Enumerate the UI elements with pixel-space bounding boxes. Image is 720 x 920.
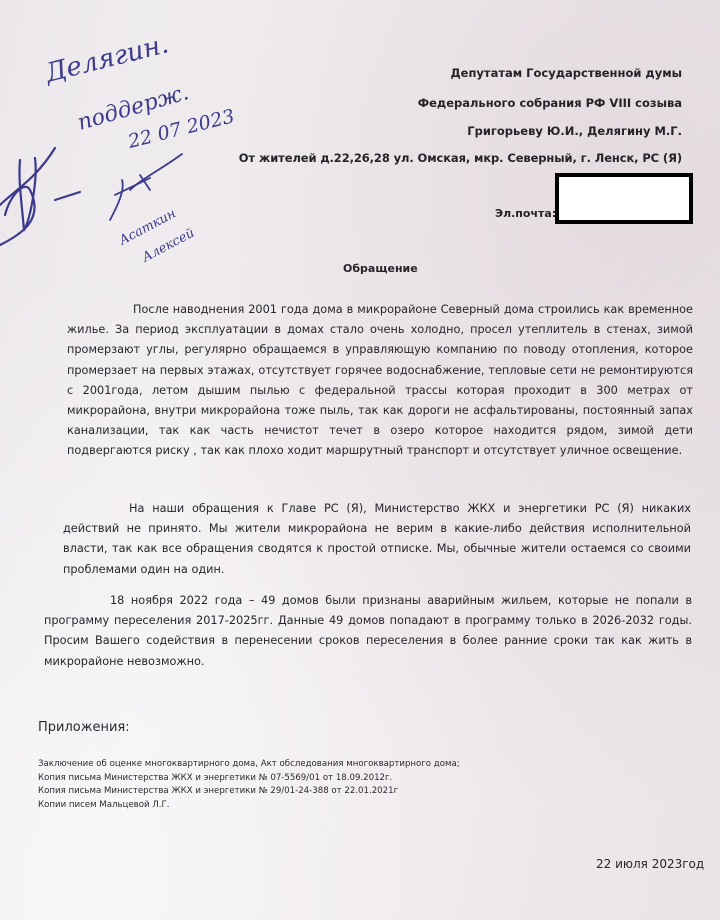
document-title: Обращение (343, 262, 418, 275)
addressee-line-2: Федерального собрания РФ VIII созыва (418, 96, 682, 110)
signature-scribble-1 (0, 148, 80, 245)
body-paragraph-3: 18 ноября 2022 года – 49 домов были приз… (44, 591, 692, 672)
body-paragraph-2: На наши обращения к Главе РС (Я), Минист… (63, 499, 691, 580)
handwritten-resolution: Делягин. поддерж. 22 07 2023 Асаткин Але… (0, 30, 280, 270)
document-date: 22 июля 2023год (596, 857, 704, 871)
paper-page: Делягин. поддерж. 22 07 2023 Асаткин Але… (0, 0, 720, 920)
attachments-heading: Приложения: (38, 720, 130, 735)
attachment-item: Копии писем Мальцевой Л.Г. (38, 799, 460, 813)
attachment-item: Заключение об оценке многоквартирного до… (38, 758, 460, 772)
attachments-list: Заключение об оценке многоквартирного до… (38, 758, 460, 812)
attachment-item: Копия письма Министерства ЖКХ и энергети… (38, 785, 460, 799)
body-paragraph-1: После наводнения 2001 года дома в микрор… (67, 300, 693, 462)
email-redaction-box (555, 173, 693, 224)
addressee-line-3: Григорьеву Ю.И., Делягину М.Г. (467, 124, 682, 138)
addressee-line-1: Депутатам Государственной думы (450, 66, 682, 80)
handwritten-note-line-1: Делягин. (41, 30, 171, 89)
email-label: Эл.почта: (495, 207, 556, 220)
sender-line: От жителей д.22,26,28 ул. Омская, мкр. С… (239, 151, 682, 165)
attachment-item: Копия письма Министерства ЖКХ и энергети… (38, 772, 460, 786)
